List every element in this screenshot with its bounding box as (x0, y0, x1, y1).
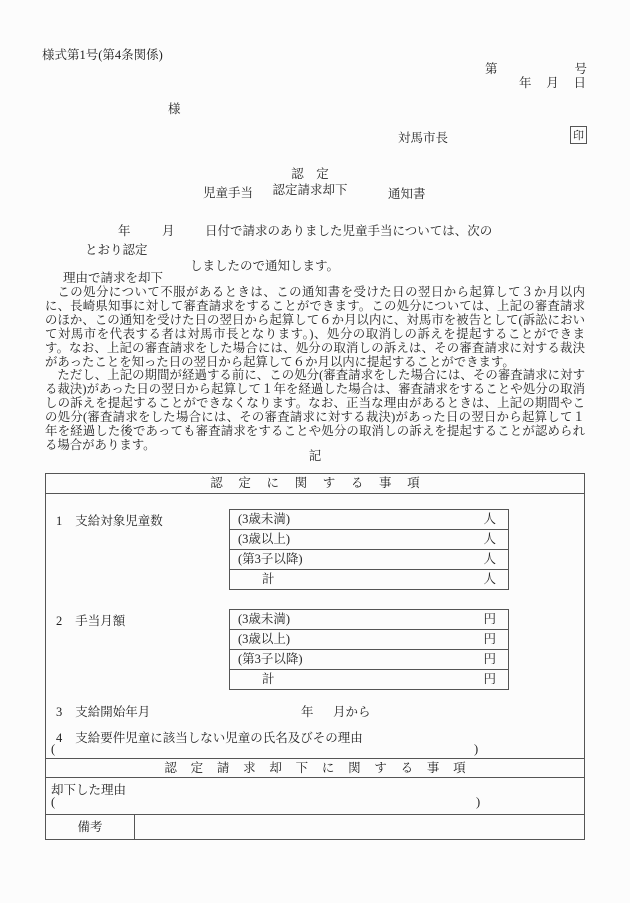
section2-header-row: 認定請求却下に関する事項 (46, 759, 584, 778)
row-label: (3歳未満) (238, 610, 290, 629)
row-unit: 円 (483, 630, 496, 649)
row-label: (3歳未満) (238, 510, 290, 529)
item1-title: 支給対象児童数 (75, 514, 163, 528)
section1-header-row: 認定に関する事項 (46, 474, 584, 494)
row-unit: 人 (483, 510, 496, 529)
appeal-paragraph-1: この処分について不服があるときは、この通知書を受けた日の翌日から起算して３か月以… (45, 286, 585, 369)
section2-header-label: 認定請求却下に関する事項 (151, 759, 480, 777)
table-row: (第3子以降) 人 (230, 550, 508, 570)
row-label: (3歳以上) (238, 630, 290, 649)
remarks-label-cell: 備考 (46, 815, 135, 839)
approval-section-body: 1支給対象児童数 (3歳未満) 人 (3歳以上) 人 (第3子以降) 人 計 人 (46, 494, 584, 759)
item4-number: 4 (56, 731, 62, 746)
row-unit: 人 (483, 550, 496, 569)
section1-header-label: 認定に関する事項 (195, 474, 436, 493)
main-table: 認定に関する事項 1支給対象児童数 (3歳未満) 人 (3歳以上) 人 (第3子… (45, 473, 585, 840)
start-month-from-label: 月から (333, 702, 371, 720)
row-unit: 円 (483, 650, 496, 669)
child-count-box: (3歳未満) 人 (3歳以上) 人 (第3子以降) 人 計 人 (229, 509, 509, 590)
table-row: (3歳未満) 人 (230, 510, 508, 530)
item4-label: 4支給要件児童に該当しない児童の氏名及びその理由 (56, 728, 363, 746)
row-label: 計 (238, 670, 275, 689)
title-option-approval: 認 定 (250, 166, 370, 182)
item2-label: 2手当月額 (56, 611, 125, 629)
opening-option-rejection: 理由で請求を却下 (63, 268, 163, 286)
appeal-instructions: この処分について不服があるときは、この通知書を受けた日の翌日から起算して３か月以… (45, 286, 585, 453)
start-year-label: 年 (301, 702, 314, 720)
remarks-value-cell (135, 815, 584, 839)
form-number-label: 様式第1号(第4条関係) (42, 45, 163, 63)
item1-label: 1支給対象児童数 (56, 511, 163, 529)
date-month-label: 月 (546, 73, 559, 91)
item3-number: 3 (56, 705, 62, 720)
item4-paren-close: ) (474, 742, 478, 757)
issue-date-line: 年 月 日 (519, 73, 586, 91)
table-row-total: 計 円 (230, 670, 508, 689)
table-row: (第3子以降) 円 (230, 650, 508, 670)
opening-month-label: 月 (162, 221, 175, 239)
row-unit: 円 (483, 610, 496, 629)
monthly-amount-box: (3歳未満) 円 (3歳以上) 円 (第3子以降) 円 計 円 (229, 609, 509, 690)
title-option-rejection: 認定請求却下 (250, 182, 370, 198)
opening-year-label: 年 (118, 221, 131, 239)
row-unit: 人 (483, 530, 496, 549)
date-day-label: 日 (573, 73, 586, 91)
remarks-row: 備考 (46, 815, 584, 839)
appeal-paragraph-2: ただし、上記の期間が経過する前に、この処分(審査請求をした場合には、その審査請求… (45, 369, 585, 452)
ki-marker: 記 (0, 446, 630, 464)
opening-option-approval: とおり認定 (85, 240, 148, 258)
table-row: (3歳以上) 人 (230, 530, 508, 550)
item4-paren-open: ( (51, 742, 55, 757)
rejection-paren-open: ( (51, 795, 55, 810)
rejection-reason-label: 却下した理由 (51, 780, 126, 798)
title-option-stack: 認 定 認定請求却下 (250, 166, 370, 198)
notice-document-page: 様式第1号(第4条関係) 第 号 年 月 日 様 対馬市長 印 児童手当 認 定… (0, 0, 630, 903)
item4-title: 支給要件児童に該当しない児童の氏名及びその理由 (75, 731, 363, 745)
title-right-part: 通知書 (388, 184, 426, 202)
row-label: (3歳以上) (238, 530, 290, 549)
item1-number: 1 (56, 514, 62, 529)
item3-title: 支給開始年月 (75, 705, 150, 719)
row-unit: 円 (483, 670, 496, 689)
title-left-part: 児童手当 (203, 183, 253, 201)
date-year-label: 年 (519, 73, 532, 91)
opening-closing-sentence: しましたので通知します。 (190, 256, 339, 274)
opening-sentence: 日付で請求のありました児童手当については、次の (205, 221, 492, 239)
addressee-suffix: 様 (168, 99, 181, 117)
item2-title: 手当月額 (75, 614, 125, 628)
row-label: (第3子以降) (238, 650, 303, 669)
issuer-name: 対馬市長 (398, 128, 448, 146)
item3-label: 3支給開始年月 (56, 702, 150, 720)
row-label: (第3子以降) (238, 550, 303, 569)
table-row: (3歳以上) 円 (230, 630, 508, 650)
rejection-section-body: 却下した理由 ( ) (46, 778, 584, 815)
row-label: 計 (238, 570, 275, 589)
row-unit: 人 (483, 570, 496, 589)
item2-number: 2 (56, 614, 62, 629)
seal-mark: 印 (570, 126, 587, 144)
rejection-paren-close: ) (476, 795, 480, 810)
table-row: (3歳未満) 円 (230, 610, 508, 630)
table-row-total: 計 人 (230, 570, 508, 589)
doc-number-prefix: 第 (485, 59, 498, 77)
